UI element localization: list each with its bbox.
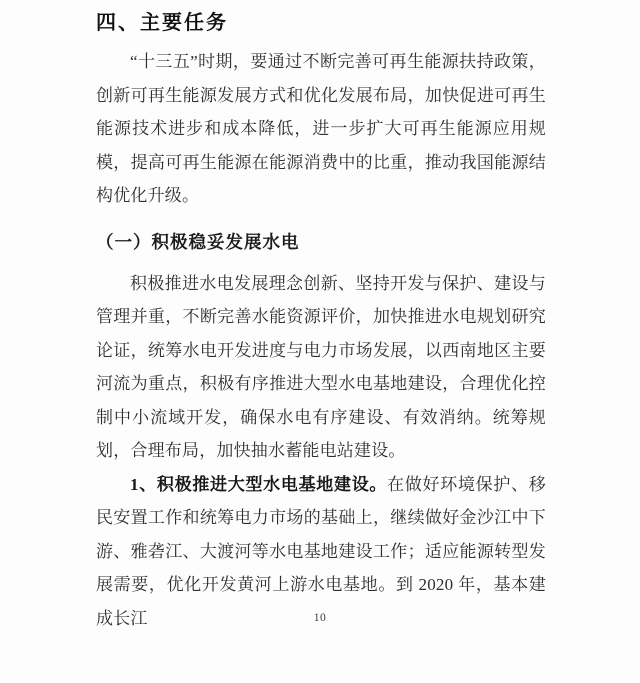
paragraph-body-text: 在做好环境保护、移民安置工作和统筹电力市场的基础上，继续做好金沙江中下游、雅砻江… — [96, 475, 546, 628]
page-number: 10 — [0, 612, 640, 624]
subsection-heading: （一）积极稳妥发展水电 — [96, 227, 546, 258]
paragraph-hydro-bases: 1、积极推进大型水电基地建设。在做好环境保护、移民安置工作和统筹电力市场的基础上… — [96, 468, 546, 636]
document-page: 四、主要任务 “十三五”时期，要通过不断完善可再生能源扶持政策，创新可再生能源发… — [0, 0, 640, 683]
paragraph-hydropower: 积极推进水电发展理念创新、坚持开发与保护、建设与管理并重，不断完善水能资源评价，… — [96, 267, 546, 468]
paragraph-bold-lead: 1、积极推进大型水电基地建设。 — [130, 475, 387, 494]
section-title: 四、主要任务 — [96, 10, 546, 36]
paragraph-intro: “十三五”时期，要通过不断完善可再生能源扶持政策，创新可再生能源发展方式和优化发… — [96, 45, 546, 213]
